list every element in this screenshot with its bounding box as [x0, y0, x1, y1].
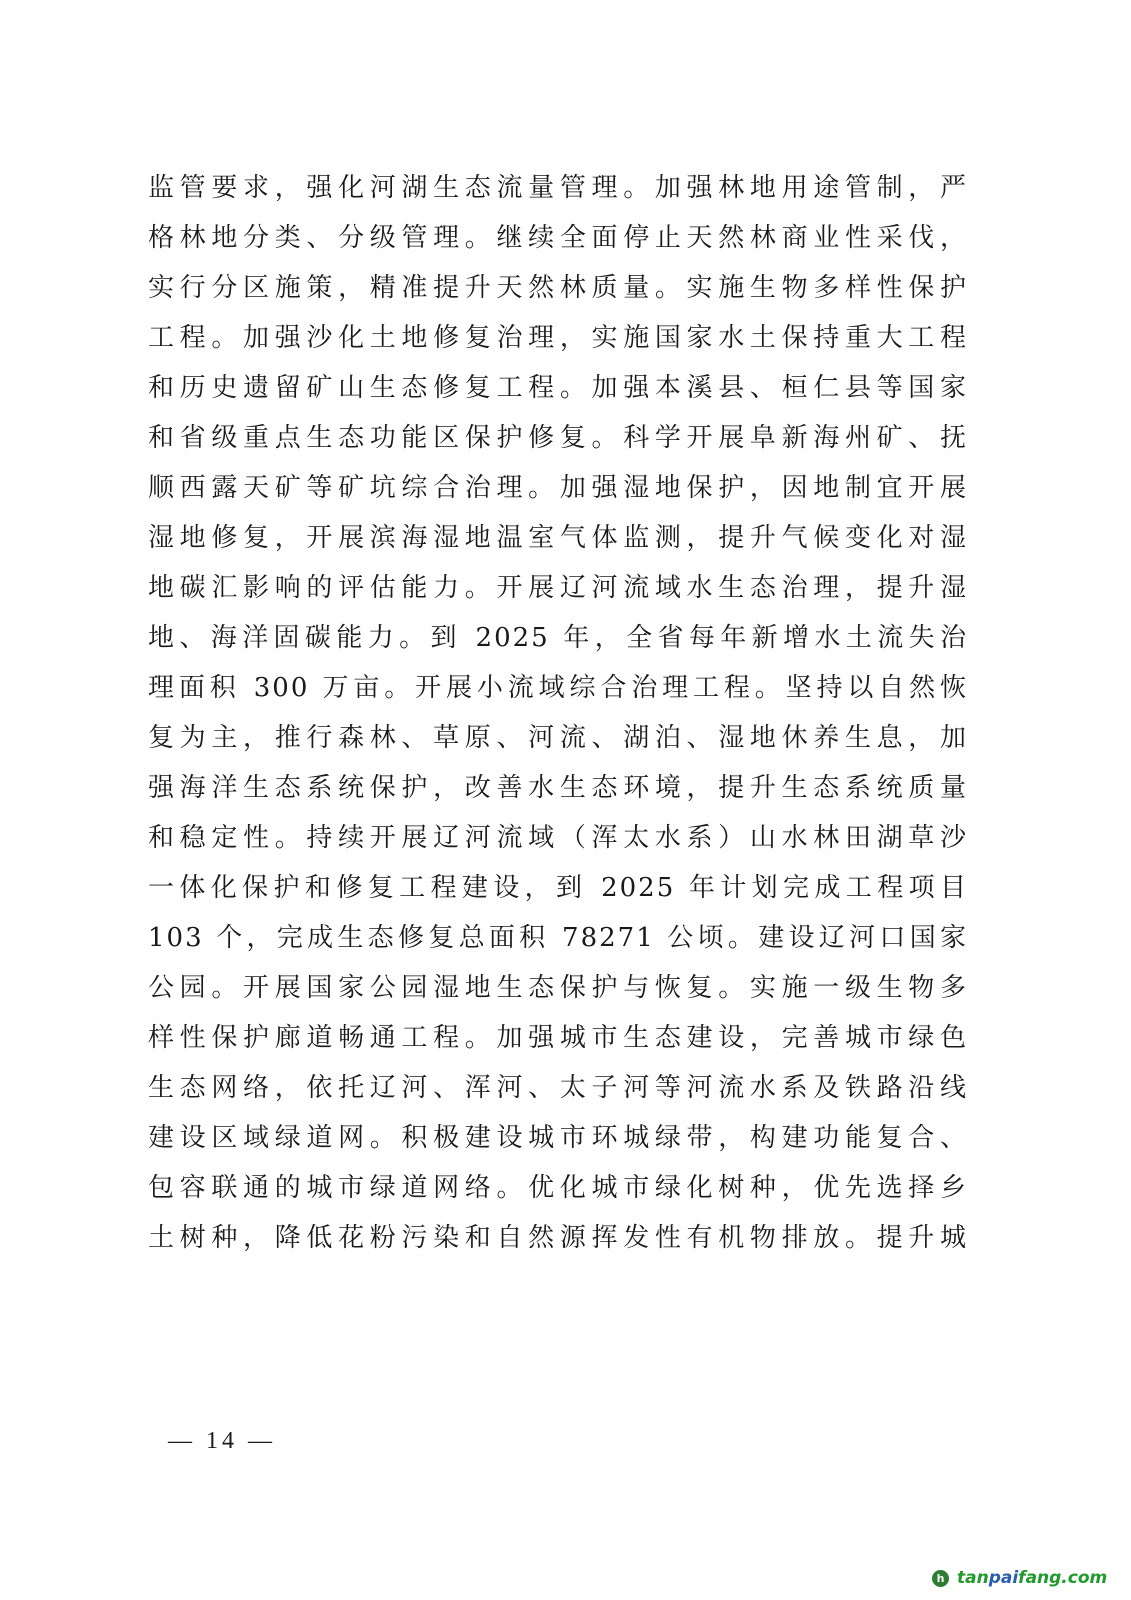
- text-line: 土树种，降低花粉污染和自然源挥发性有机物排放。提升城: [148, 1213, 968, 1263]
- text-line: 生态网络，依托辽河、浑河、太子河等河流水系及铁路沿线: [148, 1063, 968, 1113]
- watermark-logo-icon: h: [932, 1570, 949, 1587]
- text-line: 包容联通的城市绿道网络。优化城市绿化树种，优先选择乡: [148, 1163, 968, 1213]
- text-line: 格林地分类、分级管理。继续全面停止天然林商业性采伐，: [148, 213, 968, 263]
- text-line: 103 个，完成生态修复总面积 78271 公顷。建设辽河口国家: [148, 913, 968, 963]
- watermark-text: tanpaifang.com: [957, 1568, 1107, 1588]
- text-line: 地、海洋固碳能力。到 2025 年，全省每年新增水土流失治: [148, 613, 968, 663]
- text-line: 强海洋生态系统保护，改善水生态环境，提升生态系统质量: [148, 763, 968, 813]
- page-number: — 14 —: [168, 1428, 276, 1455]
- text-line: 地碳汇影响的评估能力。开展辽河流域水生态治理，提升湿: [148, 563, 968, 613]
- text-line: 复为主，推行森林、草原、河流、湖泊、湿地休养生息，加: [148, 713, 968, 763]
- text-line: 样性保护廊道畅通工程。加强城市生态建设，完善城市绿色: [148, 1013, 968, 1063]
- body-paragraph: 监管要求，强化河湖生态流量管理。加强林地用途管制，严 格林地分类、分级管理。继续…: [148, 163, 968, 1263]
- text-line: 顺西露天矿等矿坑综合治理。加强湿地保护，因地制宜开展: [148, 463, 968, 513]
- text-line: 和省级重点生态功能区保护修复。科学开展阜新海州矿、抚: [148, 413, 968, 463]
- watermark-text-prefix: tan: [957, 1568, 989, 1588]
- watermark-text-suffix: fang.com: [1018, 1568, 1107, 1588]
- document-page: 监管要求，强化河湖生态流量管理。加强林地用途管制，严 格林地分类、分级管理。继续…: [0, 0, 1131, 1600]
- watermark: h tanpaifang.com: [932, 1568, 1107, 1588]
- text-line: 一体化保护和修复工程建设，到 2025 年计划完成工程项目: [148, 863, 968, 913]
- text-line: 实行分区施策，精准提升天然林质量。实施生物多样性保护: [148, 263, 968, 313]
- text-line: 和历史遗留矿山生态修复工程。加强本溪县、桓仁县等国家: [148, 363, 968, 413]
- text-line: 公园。开展国家公园湿地生态保护与恢复。实施一级生物多: [148, 963, 968, 1013]
- text-line: 湿地修复，开展滨海湿地温室气体监测，提升气候变化对湿: [148, 513, 968, 563]
- watermark-text-mid: pai: [989, 1568, 1018, 1588]
- text-line: 监管要求，强化河湖生态流量管理。加强林地用途管制，严: [148, 163, 968, 213]
- text-line: 理面积 300 万亩。开展小流域综合治理工程。坚持以自然恢: [148, 663, 968, 713]
- text-line: 和稳定性。持续开展辽河流域（浑太水系）山水林田湖草沙: [148, 813, 968, 863]
- text-line: 建设区域绿道网。积极建设城市环城绿带，构建功能复合、: [148, 1113, 968, 1163]
- text-line: 工程。加强沙化土地修复治理，实施国家水土保持重大工程: [148, 313, 968, 363]
